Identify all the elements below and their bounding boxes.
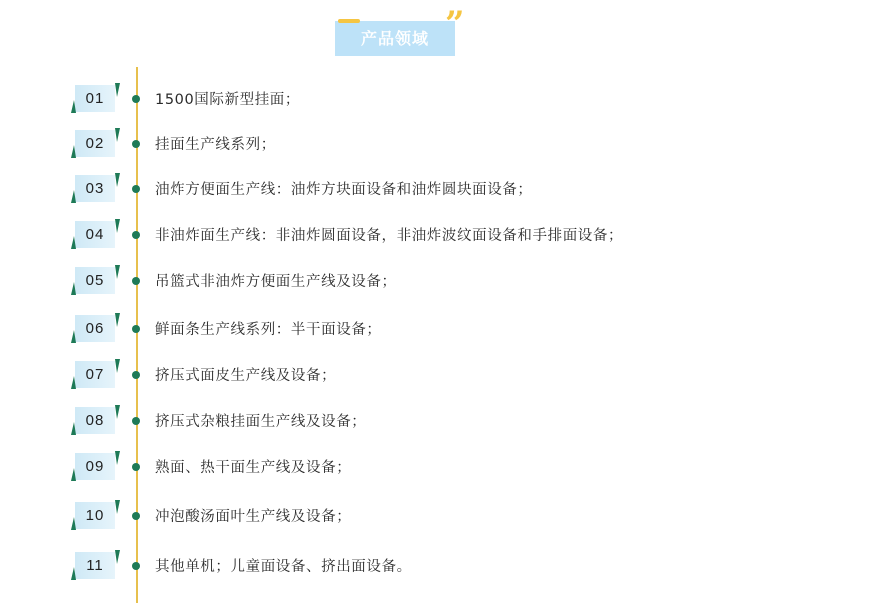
item-text: 油炸方便面生产线：油炸方块面设备和油炸圆块面设备； xyxy=(155,178,533,199)
list-item: 04 非油炸面生产线：非油炸圆面设备，非油炸波纹面设备和手排面设备； xyxy=(0,219,883,255)
timeline-dot-icon xyxy=(132,512,140,520)
list-item: 08 挤压式杂粮挂面生产线及设备； xyxy=(0,405,883,441)
number-badge: 07 xyxy=(71,359,121,389)
number-badge: 04 xyxy=(71,219,121,249)
list-item: 09 熟面、热干面生产线及设备； xyxy=(0,451,883,487)
number-badge: 08 xyxy=(71,405,121,435)
item-text: 鲜面条生产线系列：半干面设备； xyxy=(155,318,382,339)
item-text: 非油炸面生产线：非油炸圆面设备，非油炸波纹面设备和手排面设备； xyxy=(155,224,623,245)
item-number: 11 xyxy=(75,552,115,579)
timeline-dot-icon xyxy=(132,371,140,379)
item-text: 挂面生产线系列； xyxy=(155,133,276,154)
number-badge: 01 xyxy=(71,83,121,113)
item-number: 02 xyxy=(75,130,115,157)
item-text: 熟面、热干面生产线及设备； xyxy=(155,456,351,477)
accent-dash-icon xyxy=(338,19,360,23)
list-item: 02 挂面生产线系列； xyxy=(0,128,883,164)
timeline-dot-icon xyxy=(132,95,140,103)
item-number: 01 xyxy=(75,85,115,112)
timeline-dot-icon xyxy=(132,417,140,425)
item-number: 05 xyxy=(75,267,115,294)
item-number: 10 xyxy=(75,502,115,529)
number-badge: 10 xyxy=(71,500,121,530)
section-title: 产品领域 xyxy=(335,21,455,56)
list-item: 05 吊篮式非油炸方便面生产线及设备； xyxy=(0,265,883,301)
timeline-dot-icon xyxy=(132,562,140,570)
item-text: 挤压式杂粮挂面生产线及设备； xyxy=(155,410,366,431)
item-text: 1500国际新型挂面； xyxy=(155,88,300,109)
list-item: 01 1500国际新型挂面； xyxy=(0,83,883,119)
item-text: 吊篮式非油炸方便面生产线及设备； xyxy=(155,270,397,291)
timeline-dot-icon xyxy=(132,231,140,239)
timeline-dot-icon xyxy=(132,185,140,193)
list-item: 10 冲泡酸汤面叶生产线及设备； xyxy=(0,500,883,536)
timeline-dot-icon xyxy=(132,325,140,333)
list-item: 07 挤压式面皮生产线及设备； xyxy=(0,359,883,395)
list-item: 03 油炸方便面生产线：油炸方块面设备和油炸圆块面设备； xyxy=(0,173,883,209)
item-number: 06 xyxy=(75,315,115,342)
item-number: 04 xyxy=(75,221,115,248)
list-item: 06 鲜面条生产线系列：半干面设备； xyxy=(0,313,883,349)
list-item: 11 其他单机；儿童面设备、挤出面设备。 xyxy=(0,550,883,586)
number-badge: 09 xyxy=(71,451,121,481)
quote-mark-icon: ” xyxy=(445,4,465,44)
item-number: 03 xyxy=(75,175,115,202)
item-text: 其他单机；儿童面设备、挤出面设备。 xyxy=(155,555,412,576)
timeline-dot-icon xyxy=(132,140,140,148)
number-badge: 05 xyxy=(71,265,121,295)
item-number: 09 xyxy=(75,453,115,480)
number-badge: 11 xyxy=(71,550,121,580)
item-number: 07 xyxy=(75,361,115,388)
number-badge: 03 xyxy=(71,173,121,203)
item-text: 冲泡酸汤面叶生产线及设备； xyxy=(155,505,351,526)
item-number: 08 xyxy=(75,407,115,434)
section-header: 产品领域 ” xyxy=(335,21,455,56)
timeline-dot-icon xyxy=(132,277,140,285)
number-badge: 02 xyxy=(71,128,121,158)
item-text: 挤压式面皮生产线及设备； xyxy=(155,364,336,385)
timeline-dot-icon xyxy=(132,463,140,471)
number-badge: 06 xyxy=(71,313,121,343)
